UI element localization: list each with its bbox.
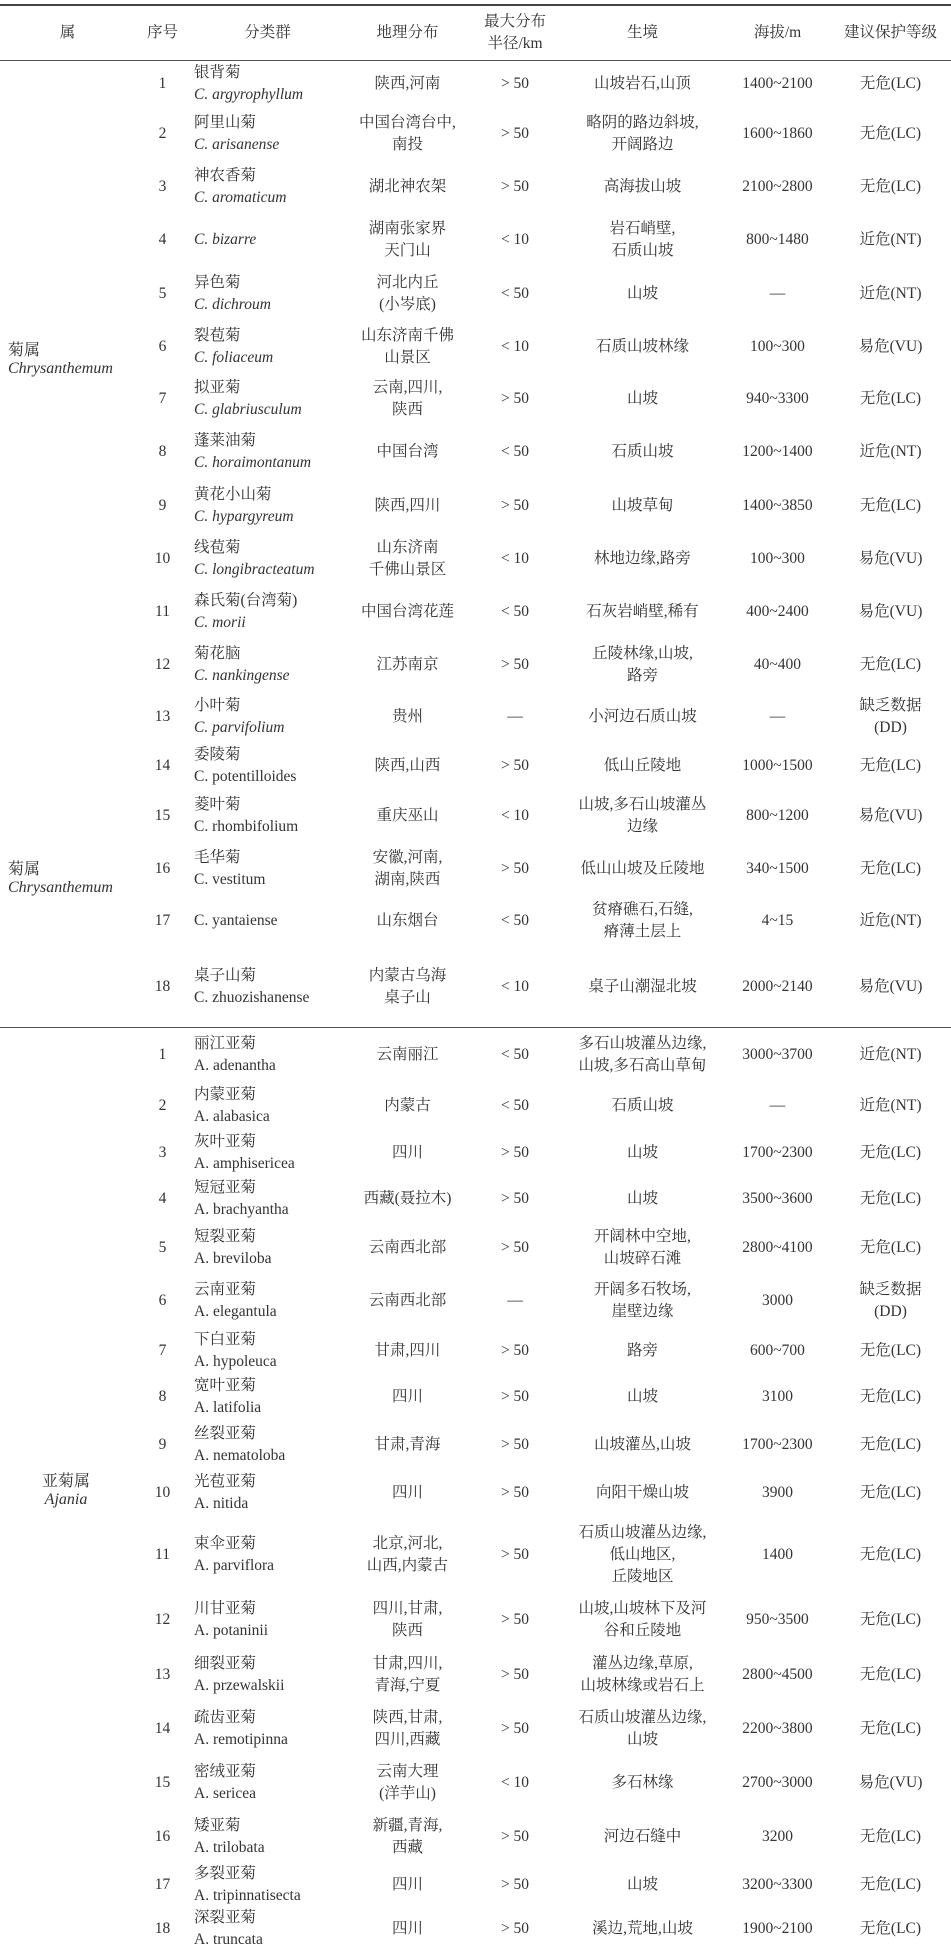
protection-level-cell: 近危(NT)	[830, 267, 951, 321]
protection-level-cell: 易危(VU)	[830, 586, 951, 639]
protection-level-cell: 无危(LC)	[830, 1517, 951, 1593]
taxon-cell: 深裂亚菊A. truncata	[190, 1907, 345, 1946]
habitat-line: 山坡灌丛,山坡	[562, 1434, 723, 1456]
taxon-latin-name: A. nematoloba	[194, 1445, 343, 1467]
taxon-chinese-name: 线苞菊	[194, 537, 343, 559]
number-cell: 4	[135, 1177, 190, 1222]
geography-line: 四川	[347, 1482, 468, 1504]
altitude-cell: 3200	[725, 1811, 830, 1863]
habitat-cell: 山坡草甸	[560, 479, 725, 533]
taxon-cell: 矮亚菊A. trilobata	[190, 1811, 345, 1863]
genus-cell	[0, 1517, 135, 1593]
habitat-line: 多石林缘	[562, 1772, 723, 1794]
habitat-line: 山坡	[562, 1729, 723, 1751]
geography-line: 青海,宁夏	[347, 1675, 468, 1697]
taxon-latin-name: C. vestitum	[194, 869, 343, 891]
geography-cell: 重庆巫山	[345, 790, 470, 843]
taxon-chinese-name: 菊花脑	[194, 643, 343, 665]
geography-cell: 山东济南千佛山景区	[345, 533, 470, 586]
altitude-cell: —	[725, 692, 830, 742]
protection-level-line: 近危(NT)	[832, 1044, 949, 1066]
taxon-latin-name: C. potentilloides	[194, 766, 343, 788]
habitat-line: 低山山坡及丘陵地	[562, 858, 723, 880]
protection-level-line: 无危(LC)	[832, 654, 949, 676]
altitude-cell: 2100~2800	[725, 161, 830, 213]
genus-cell	[0, 267, 135, 321]
taxon-chinese-name: 下白亚菊	[194, 1329, 343, 1351]
geography-cell: 贵州	[345, 692, 470, 742]
radius-cell: < 50	[470, 586, 560, 639]
radius-cell: < 10	[470, 533, 560, 586]
taxon-cell: 短冠亚菊A. brachyantha	[190, 1177, 345, 1222]
habitat-line: 瘠薄土层上	[562, 921, 723, 943]
number-cell: 5	[135, 267, 190, 321]
table-row: 18桌子山菊C. zhuozishanense内蒙古乌海桌子山< 10桌子山潮湿…	[0, 947, 951, 1028]
habitat-line: 山坡	[562, 1386, 723, 1408]
geography-line: 山东济南	[347, 537, 468, 559]
protection-level-line: 无危(LC)	[832, 858, 949, 880]
taxon-cell: 宽叶亚菊A. latifolia	[190, 1374, 345, 1421]
taxon-cell: 束伞亚菊A. parviflora	[190, 1517, 345, 1593]
genus-cn: 菊属	[8, 337, 113, 360]
genus-cell	[0, 790, 135, 843]
number-cell: 5	[135, 1222, 190, 1274]
protection-level-line: 无危(LC)	[832, 1544, 949, 1566]
geography-cell: 四川	[345, 1907, 470, 1946]
protection-level-line: 无危(LC)	[832, 1874, 949, 1896]
number-cell: 4	[135, 213, 190, 267]
geography-cell: 江苏南京	[345, 639, 470, 692]
genus-label-ajania: 亚菊属 Ajania	[42, 1468, 90, 1509]
protection-level-cell: 易危(VU)	[830, 1756, 951, 1811]
protection-level-cell: 无危(LC)	[830, 1177, 951, 1222]
geography-line: 内蒙古乌海	[347, 965, 468, 987]
habitat-cell: 山坡	[560, 1177, 725, 1222]
group-chrysanthemum: 1银背菊C. argyrophyllum陕西,河南> 50山坡岩石,山顶1400…	[0, 61, 951, 1028]
taxon-latin-name: C. zhuozishanense	[194, 987, 343, 1009]
habitat-cell: 山坡,多石山坡灌丛边缘	[560, 790, 725, 843]
header-radius-line1: 最大分布	[472, 11, 558, 33]
geography-cell: 湖北神农架	[345, 161, 470, 213]
geography-line: 新疆,青海,	[347, 1815, 468, 1837]
table-row: 8蓬莱油菊C. horaimontanum中国台湾< 50石质山坡1200~14…	[0, 426, 951, 479]
genus-latin: Ajania	[42, 1491, 90, 1509]
geography-line: 中国台湾花莲	[347, 601, 468, 623]
protection-level-cell: 无危(LC)	[830, 1593, 951, 1648]
geography-line: 湖南,陕西	[347, 869, 468, 891]
habitat-line: 路旁	[562, 1340, 723, 1362]
taxon-cell: 疏齿亚菊A. remotipinna	[190, 1703, 345, 1756]
protection-level-line: 易危(VU)	[832, 976, 949, 998]
radius-cell: > 50	[470, 843, 560, 896]
habitat-cell: 石质山坡	[560, 1083, 725, 1130]
protection-level-cell: 无危(LC)	[830, 108, 951, 161]
habitat-cell: 贫瘠礁石,石缝,瘠薄土层上	[560, 896, 725, 947]
protection-level-cell: 无危(LC)	[830, 1329, 951, 1374]
genus-cell	[0, 61, 135, 108]
number-cell: 16	[135, 843, 190, 896]
table-row: 1丽江亚菊A. adenantha云南丽江< 50多石山坡灌丛边缘,山坡,多石高…	[0, 1028, 951, 1083]
altitude-cell: 2200~3800	[725, 1703, 830, 1756]
genus-cell	[0, 1756, 135, 1811]
taxon-cell: 拟亚菊C. glabriusculum	[190, 373, 345, 426]
protection-level-line: 近危(NT)	[832, 1095, 949, 1117]
genus-latin: Chrysanthemum	[8, 879, 113, 897]
geography-line: 四川,甘肃,	[347, 1598, 468, 1620]
geography-cell: 陕西,甘肃,四川,西藏	[345, 1703, 470, 1756]
genus-cell	[0, 533, 135, 586]
number-cell: 6	[135, 1274, 190, 1329]
habitat-cell: 溪边,荒地,山坡	[560, 1907, 725, 1946]
protection-level-line: 无危(LC)	[832, 73, 949, 95]
altitude-cell: 1700~2300	[725, 1130, 830, 1177]
altitude-cell: 1200~1400	[725, 426, 830, 479]
number-cell: 2	[135, 108, 190, 161]
protection-level-line: 无危(LC)	[832, 1718, 949, 1740]
habitat-cell: 山坡	[560, 267, 725, 321]
taxon-chinese-name: 裂苞菊	[194, 325, 343, 347]
taxon-cell: 委陵菊C. potentilloides	[190, 742, 345, 790]
habitat-cell: 山坡,山坡林下及河谷和丘陵地	[560, 1593, 725, 1648]
genus-latin: Chrysanthemum	[8, 360, 113, 378]
number-cell: 14	[135, 742, 190, 790]
protection-level-cell: 缺乏数据(DD)	[830, 692, 951, 742]
radius-cell: < 50	[470, 426, 560, 479]
taxon-chinese-name: 短冠亚菊	[194, 1177, 343, 1199]
habitat-line: 崖壁边缘	[562, 1301, 723, 1323]
taxon-chinese-name: 菱叶菊	[194, 794, 343, 816]
habitat-cell: 路旁	[560, 1329, 725, 1374]
taxon-chinese-name: 细裂亚菊	[194, 1653, 343, 1675]
protection-level-cell: 无危(LC)	[830, 1421, 951, 1469]
protection-level-cell: 缺乏数据(DD)	[830, 1274, 951, 1329]
altitude-cell: 2700~3000	[725, 1756, 830, 1811]
habitat-line: 贫瘠礁石,石缝,	[562, 899, 723, 921]
taxon-chinese-name: 黄花小山菊	[194, 484, 343, 506]
number-cell: 15	[135, 790, 190, 843]
radius-cell: > 50	[470, 161, 560, 213]
geography-line: 江苏南京	[347, 654, 468, 676]
protection-level-line: 无危(LC)	[832, 1434, 949, 1456]
number-cell: 12	[135, 1593, 190, 1648]
protection-level-cell: 近危(NT)	[830, 1083, 951, 1130]
number-cell: 9	[135, 479, 190, 533]
habitat-line: 开阔路边	[562, 134, 723, 156]
habitat-cell: 桌子山潮湿北坡	[560, 947, 725, 1028]
radius-cell: < 10	[470, 1756, 560, 1811]
altitude-cell: 1400	[725, 1517, 830, 1593]
protection-level-cell: 无危(LC)	[830, 1130, 951, 1177]
radius-cell: > 50	[470, 1177, 560, 1222]
habitat-cell: 开阔多石牧场,崖壁边缘	[560, 1274, 725, 1329]
taxon-latin-name: A. amphisericea	[194, 1153, 343, 1175]
number-cell: 3	[135, 1130, 190, 1177]
protection-level-line: (DD)	[832, 1301, 949, 1323]
table-row: 11束伞亚菊A. parviflora北京,河北,山西,内蒙古> 50石质山坡灌…	[0, 1517, 951, 1593]
habitat-line: 石灰岩峭壁,稀有	[562, 601, 723, 623]
habitat-cell: 小河边石质山坡	[560, 692, 725, 742]
genus-cell	[0, 947, 135, 1028]
radius-cell: < 10	[470, 321, 560, 373]
protection-level-line: 无危(LC)	[832, 495, 949, 517]
altitude-cell: 950~3500	[725, 1593, 830, 1648]
taxon-chinese-name: 银背菊	[194, 62, 343, 84]
genus-cell	[0, 1130, 135, 1177]
taxon-cell: 菊花脑C. nankingense	[190, 639, 345, 692]
altitude-cell: —	[725, 1083, 830, 1130]
protection-level-cell: 无危(LC)	[830, 843, 951, 896]
geography-line: 中国台湾台中,	[347, 112, 468, 134]
header-radius-line2: 半径/km	[472, 33, 558, 55]
taxon-cell: 多裂亚菊A. tripinnatisecta	[190, 1863, 345, 1907]
taxon-cell: 细裂亚菊A. przewalskii	[190, 1648, 345, 1703]
protection-level-line: 易危(VU)	[832, 601, 949, 623]
habitat-cell: 略阴的路边斜坡,开阔路边	[560, 108, 725, 161]
table-row: 6云南亚菊A. elegantula云南西北部—开阔多石牧场,崖壁边缘3000缺…	[0, 1274, 951, 1329]
genus-cell	[0, 692, 135, 742]
table-row: 11森氏菊(台湾菊)C. morii中国台湾花莲< 50石灰岩峭壁,稀有400~…	[0, 586, 951, 639]
number-cell: 17	[135, 1863, 190, 1907]
geography-cell: 云南西北部	[345, 1222, 470, 1274]
geography-cell: 甘肃,青海	[345, 1421, 470, 1469]
protection-level-line: 无危(LC)	[832, 1386, 949, 1408]
taxon-cell: 丝裂亚菊A. nematoloba	[190, 1421, 345, 1469]
protection-level-line: 无危(LC)	[832, 1142, 949, 1164]
altitude-cell: 3200~3300	[725, 1863, 830, 1907]
protection-level-cell: 无危(LC)	[830, 373, 951, 426]
taxon-latin-name: A. latifolia	[194, 1397, 343, 1419]
taxon-latin-name: C. nankingense	[194, 665, 343, 687]
habitat-cell: 山坡	[560, 1863, 725, 1907]
radius-cell: > 50	[470, 1811, 560, 1863]
habitat-line: 谷和丘陵地	[562, 1620, 723, 1642]
radius-cell: < 10	[470, 213, 560, 267]
protection-level-line: 无危(LC)	[832, 1340, 949, 1362]
number-cell: 10	[135, 533, 190, 586]
taxon-chinese-name: 云南亚菊	[194, 1279, 343, 1301]
taxon-latin-name: A. brachyantha	[194, 1199, 343, 1221]
taxon-cell: 菱叶菊C. rhombifolium	[190, 790, 345, 843]
table-row: 16矮亚菊A. trilobata新疆,青海,西藏> 50河边石缝中3200无危…	[0, 1811, 951, 1863]
geography-cell: 甘肃,四川	[345, 1329, 470, 1374]
protection-level-cell: 易危(VU)	[830, 533, 951, 586]
altitude-cell: 1700~2300	[725, 1421, 830, 1469]
taxon-cell: 短裂亚菊A. breviloba	[190, 1222, 345, 1274]
taxon-cell: 光苞亚菊A. nitida	[190, 1469, 345, 1517]
geography-cell: 云南,四川,陕西	[345, 373, 470, 426]
geography-cell: 四川	[345, 1374, 470, 1421]
table-row: 17C. yantaiense山东烟台< 50贫瘠礁石,石缝,瘠薄土层上4~15…	[0, 896, 951, 947]
taxon-chinese-name: 委陵菊	[194, 744, 343, 766]
geography-cell: 山东烟台	[345, 896, 470, 947]
geography-cell: 新疆,青海,西藏	[345, 1811, 470, 1863]
taxon-latin-name: C. parvifolium	[194, 717, 343, 739]
altitude-cell: 800~1480	[725, 213, 830, 267]
altitude-cell: 1000~1500	[725, 742, 830, 790]
geography-cell: 湖南张家界天门山	[345, 213, 470, 267]
habitat-line: 开阔林中空地,	[562, 1226, 723, 1248]
genus-cn: 菊属	[8, 856, 113, 879]
taxon-latin-name: C. horaimontanum	[194, 452, 343, 474]
protection-level-cell: 无危(LC)	[830, 1811, 951, 1863]
taxon-cell: 桌子山菊C. zhuozishanense	[190, 947, 345, 1028]
habitat-cell: 岩石峭壁,石质山坡	[560, 213, 725, 267]
taxon-cell: 小叶菊C. parvifolium	[190, 692, 345, 742]
genus-cell	[0, 1177, 135, 1222]
geography-cell: 四川,甘肃,陕西	[345, 1593, 470, 1648]
habitat-line: 路旁	[562, 665, 723, 687]
habitat-cell: 山坡	[560, 1130, 725, 1177]
protection-level-cell: 无危(LC)	[830, 479, 951, 533]
taxon-chinese-name: 宽叶亚菊	[194, 1375, 343, 1397]
header-genus: 属	[0, 5, 135, 61]
geography-line: (小岑底)	[347, 294, 468, 316]
habitat-line: 山坡草甸	[562, 495, 723, 517]
protection-level-line: 易危(VU)	[832, 336, 949, 358]
taxon-cell: C. yantaiense	[190, 896, 345, 947]
protection-level-cell: 无危(LC)	[830, 639, 951, 692]
genus-cell	[0, 1811, 135, 1863]
habitat-line: 石质山坡	[562, 441, 723, 463]
protection-level-line: 近危(NT)	[832, 283, 949, 305]
genus-cell	[0, 1329, 135, 1374]
taxon-chinese-name: 短裂亚菊	[194, 1226, 343, 1248]
taxon-cell: 阿里山菊C. arisanense	[190, 108, 345, 161]
table-row: 14委陵菊C. potentilloides陕西,山西> 50低山丘陵地1000…	[0, 742, 951, 790]
protection-level-line: 易危(VU)	[832, 1772, 949, 1794]
table-row: 3神农香菊C. aromaticum湖北神农架> 50高海拔山坡2100~280…	[0, 161, 951, 213]
altitude-cell: 400~2400	[725, 586, 830, 639]
geography-cell: 西藏(聂拉木)	[345, 1177, 470, 1222]
taxon-latin-name: C. dichroum	[194, 294, 343, 316]
habitat-line: 林地边缘,路旁	[562, 548, 723, 570]
header-habitat: 生境	[560, 5, 725, 61]
habitat-cell: 山坡	[560, 1374, 725, 1421]
taxon-latin-name: C. morii	[194, 612, 343, 634]
geography-cell: 中国台湾台中,南投	[345, 108, 470, 161]
genus-cell	[0, 1374, 135, 1421]
altitude-cell: 1900~2100	[725, 1907, 830, 1946]
geography-line: 山西,内蒙古	[347, 1555, 468, 1577]
genus-cell	[0, 639, 135, 692]
protection-level-line: 缺乏数据	[832, 695, 949, 717]
habitat-cell: 低山山坡及丘陵地	[560, 843, 725, 896]
genus-cell	[0, 896, 135, 947]
header-radius: 最大分布 半径/km	[470, 5, 560, 61]
altitude-cell: 600~700	[725, 1329, 830, 1374]
geography-line: (洋芋山)	[347, 1783, 468, 1805]
number-cell: 7	[135, 1329, 190, 1374]
geography-line: 安徽,河南,	[347, 847, 468, 869]
altitude-cell: 340~1500	[725, 843, 830, 896]
geography-line: 云南西北部	[347, 1237, 468, 1259]
habitat-line: 低山丘陵地	[562, 755, 723, 777]
geography-line: 云南大理	[347, 1761, 468, 1783]
taxon-chinese-name: 拟亚菊	[194, 377, 343, 399]
taxon-latin-name: C. glabriusculum	[194, 399, 343, 421]
protection-level-cell: 无危(LC)	[830, 1863, 951, 1907]
number-cell: 10	[135, 1469, 190, 1517]
geography-line: 陕西,河南	[347, 73, 468, 95]
number-cell: 6	[135, 321, 190, 373]
geography-line: 四川	[347, 1918, 468, 1940]
geography-line: 山景区	[347, 347, 468, 369]
habitat-line: 多石山坡灌丛边缘,	[562, 1033, 723, 1055]
protection-level-cell: 无危(LC)	[830, 1703, 951, 1756]
geography-line: 甘肃,四川	[347, 1340, 468, 1362]
altitude-cell: 4~15	[725, 896, 830, 947]
taxon-chinese-name: 蓬莱油菊	[194, 430, 343, 452]
geography-cell: 山东济南千佛山景区	[345, 321, 470, 373]
habitat-line: 向阳干燥山坡	[562, 1482, 723, 1504]
habitat-line: 山坡	[562, 283, 723, 305]
protection-level-cell: 无危(LC)	[830, 161, 951, 213]
geography-cell: 云南西北部	[345, 1274, 470, 1329]
altitude-cell: —	[725, 267, 830, 321]
protection-level-line: 无危(LC)	[832, 1237, 949, 1259]
table-row: 5短裂亚菊A. breviloba云南西北部> 50开阔林中空地,山坡碎石滩28…	[0, 1222, 951, 1274]
taxon-chinese-name: 内蒙亚菊	[194, 1084, 343, 1106]
table-row: 9丝裂亚菊A. nematoloba甘肃,青海> 50山坡灌丛,山坡1700~2…	[0, 1421, 951, 1469]
taxon-latin-name: A. tripinnatisecta	[194, 1885, 343, 1907]
table-header-row: 属 序号 分类群 地理分布 最大分布 半径/km 生境 海拔/m 建议保护等级	[0, 5, 951, 61]
taxon-cell: 黄花小山菊C. hypargyreum	[190, 479, 345, 533]
habitat-line: 山坡	[562, 388, 723, 410]
table-row: 7拟亚菊C. glabriusculum云南,四川,陕西> 50山坡940~33…	[0, 373, 951, 426]
altitude-cell: 2800~4100	[725, 1222, 830, 1274]
protection-level-cell: 无危(LC)	[830, 1648, 951, 1703]
radius-cell: < 50	[470, 1083, 560, 1130]
table-row: 12菊花脑C. nankingense江苏南京> 50丘陵林缘,山坡,路旁40~…	[0, 639, 951, 692]
taxon-chinese-name: 异色菊	[194, 272, 343, 294]
number-cell: 14	[135, 1703, 190, 1756]
table-row: 8宽叶亚菊A. latifolia四川> 50山坡3100无危(LC)	[0, 1374, 951, 1421]
habitat-cell: 灌丛边缘,草原,山坡林缘或岩石上	[560, 1648, 725, 1703]
altitude-cell: 940~3300	[725, 373, 830, 426]
geography-cell: 中国台湾	[345, 426, 470, 479]
altitude-cell: 100~300	[725, 533, 830, 586]
geography-cell: 河北内丘(小岑底)	[345, 267, 470, 321]
genus-cn: 亚菊属	[42, 1468, 90, 1491]
taxon-chinese-name: 密绒亚菊	[194, 1761, 343, 1783]
group-ajania: 1丽江亚菊A. adenantha云南丽江< 50多石山坡灌丛边缘,山坡,多石高…	[0, 1028, 951, 1946]
table-row: 5异色菊C. dichroum河北内丘(小岑底)< 50山坡—近危(NT)	[0, 267, 951, 321]
geography-line: 陕西	[347, 399, 468, 421]
altitude-cell: 2800~4500	[725, 1648, 830, 1703]
geography-cell: 四川	[345, 1863, 470, 1907]
habitat-line: 山坡,山坡林下及河	[562, 1598, 723, 1620]
header-altitude: 海拔/m	[725, 5, 830, 61]
number-cell: 18	[135, 947, 190, 1028]
genus-cell	[0, 426, 135, 479]
protection-level-line: 无危(LC)	[832, 388, 949, 410]
taxon-cell: 毛华菊C. vestitum	[190, 843, 345, 896]
genus-cell	[0, 479, 135, 533]
habitat-line: 山坡	[562, 1874, 723, 1896]
altitude-cell: 3000~3700	[725, 1028, 830, 1083]
document-page: 属 序号 分类群 地理分布 最大分布 半径/km 生境 海拔/m 建议保护等级 …	[0, 0, 951, 1946]
geography-line: 四川	[347, 1386, 468, 1408]
number-cell: 17	[135, 896, 190, 947]
taxon-chinese-name: 阿里山菊	[194, 112, 343, 134]
taxon-latin-name: C. argyrophyllum	[194, 84, 343, 106]
habitat-cell: 多石山坡灌丛边缘,山坡,多石高山草甸	[560, 1028, 725, 1083]
habitat-line: 山坡	[562, 1188, 723, 1210]
habitat-line: 桌子山潮湿北坡	[562, 976, 723, 998]
geography-line: 桌子山	[347, 987, 468, 1009]
geography-line: 北京,河北,	[347, 1533, 468, 1555]
genus-label-chrysanthemum-1: 菊属 Chrysanthemum	[8, 337, 113, 378]
